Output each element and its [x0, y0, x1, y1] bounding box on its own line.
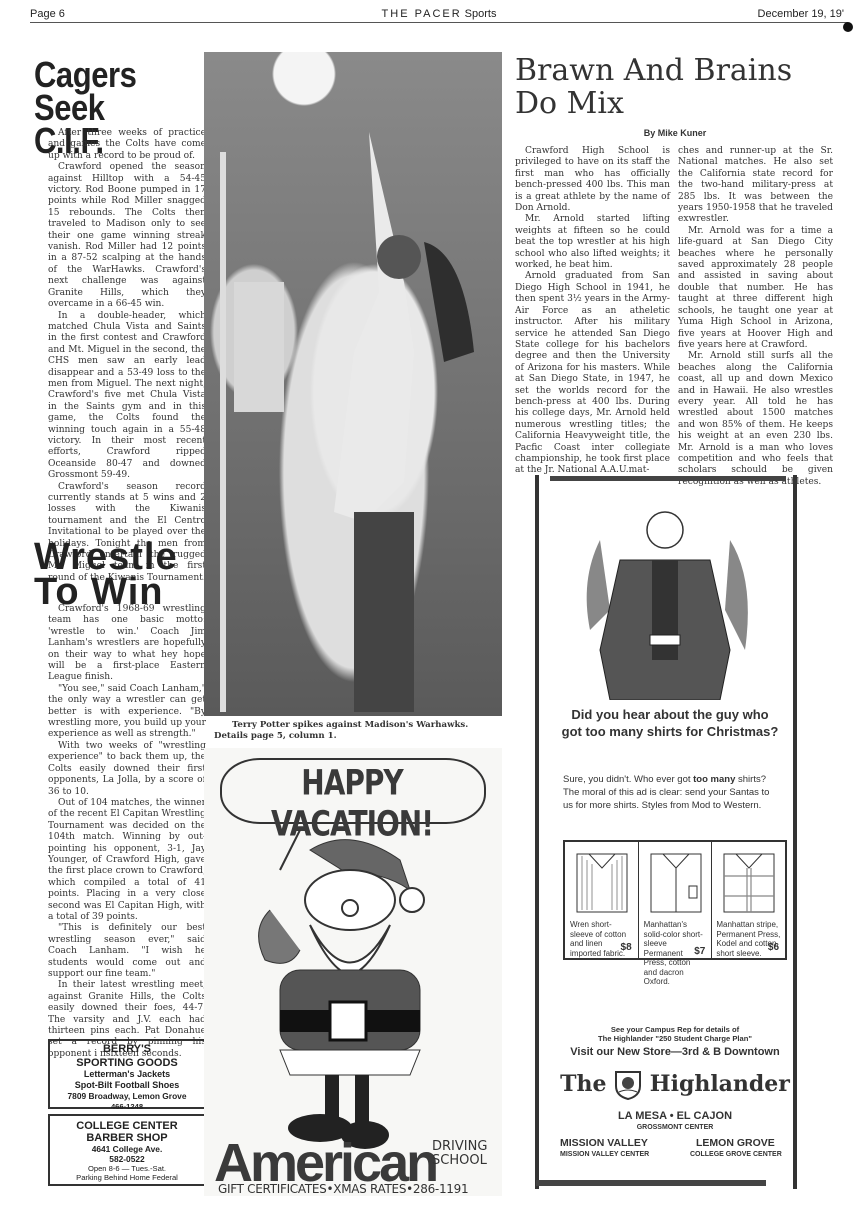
- visit-store-line: Visit our New Store—3rd & B Downtown: [560, 1046, 790, 1058]
- masthead: Page 6 THE PACERSports December 19, 19': [30, 8, 848, 23]
- location-college-grove: COLLEGE GROVE CENTER: [690, 1151, 782, 1158]
- paragraph: Mr. Arnold was for a time a life-guard a…: [678, 226, 833, 351]
- brand-the: The: [560, 1071, 606, 1097]
- publication-title: THE PACERSports: [30, 8, 848, 20]
- wrestle-body: Crawford's 1968-69 wrestling team has on…: [48, 604, 206, 1060]
- location-mission-valley-center: MISSION VALLEY CENTER: [560, 1151, 649, 1158]
- headline-line: Wrestle: [34, 540, 209, 575]
- ad-body-emphasis: too many: [693, 774, 735, 785]
- brawn-column-2: ches and runner-up at the Sr. National m…: [678, 146, 833, 488]
- shirt-price: $8: [621, 942, 632, 953]
- ad-top-border: [550, 476, 786, 481]
- volleyball-photo: [204, 52, 502, 716]
- byline: By Mike Kuner: [600, 128, 750, 138]
- ad-item: Spot-Bilt Football Shoes: [50, 1080, 204, 1091]
- ad-phone: 582-0522: [50, 1154, 204, 1164]
- ad-name: SPORTING GOODS: [50, 1057, 204, 1069]
- ad-bottom-border: [536, 1180, 766, 1186]
- paragraph: With two weeks of "wrestling experience"…: [48, 741, 206, 798]
- driving-school-label: DRIVING SCHOOL: [432, 1140, 487, 1168]
- shirt-item: Wren short-sleeve of cotton and linen im…: [565, 842, 639, 958]
- paragraph: "You see," said Coach Lanham," the only …: [48, 684, 206, 741]
- paragraph: Out of 104 matches, the winner of the re…: [48, 798, 206, 923]
- paragraph: "This is definitely our best wrestling s…: [48, 923, 206, 980]
- man-in-shirts-illustration-icon: [570, 500, 760, 700]
- paragraph: Crawford opened the season against Hillt…: [48, 162, 206, 310]
- shirt-item: Manhattan's solid-color short-sleeve Per…: [639, 842, 713, 958]
- ad-name: COLLEGE CENTER: [50, 1120, 204, 1132]
- paragraph: Crawford's 1968-69 wrestling team has on…: [48, 604, 206, 684]
- brand-sub: SCHOOL: [432, 1154, 487, 1168]
- headline-line: Brawn And Brains: [515, 54, 845, 87]
- brand-sub: DRIVING: [432, 1140, 487, 1154]
- paragraph: Crawford High School is privileged to ha…: [515, 146, 670, 214]
- paragraph: After three weeks of practice and games …: [48, 128, 206, 162]
- brand-name: Highlander: [650, 1071, 790, 1097]
- ad-body: Sure, you didn't. Who ever got too many …: [563, 773, 781, 812]
- location-la-mesa: LA MESA • EL CAJON: [560, 1110, 790, 1122]
- gift-certificates-tagline: GIFT CERTIFICATES•XMAS RATES•286-1191: [218, 1182, 468, 1196]
- ad-address: 7809 Broadway, Lemon Grove: [50, 1091, 204, 1102]
- ad-item: Letterman's Jackets: [50, 1069, 204, 1080]
- crest-shield-icon: [614, 1070, 642, 1100]
- solid-shirt-icon: [641, 846, 711, 916]
- cagers-body: After three weeks of practice and games …: [48, 128, 206, 584]
- photo-figure-icon: [204, 52, 502, 716]
- ad-parking: Parking Behind Home Federal: [50, 1173, 204, 1182]
- plaid-shirt-icon: [714, 846, 784, 916]
- barber-shop-ad: COLLEGE CENTER BARBER SHOP 4641 College …: [48, 1114, 206, 1186]
- ad-phone: 466-1248: [50, 1102, 204, 1111]
- shirt-grid: Wren short-sleeve of cotton and linen im…: [563, 840, 787, 960]
- paragraph: Mr. Arnold still surfs all the beaches a…: [678, 351, 833, 488]
- paragraph: In a double-header, which matched Chula …: [48, 311, 206, 482]
- ad-body-text: Sure, you didn't. Who ever got: [563, 774, 693, 785]
- santa-claus-icon: [240, 830, 460, 1150]
- shirt-item: Manhattan stripe, Permanent Press, Kodel…: [712, 842, 785, 958]
- brawn-headline: Brawn And Brains Do Mix: [515, 54, 845, 120]
- campus-line: The Highlander "250 Student Charge Plan": [560, 1035, 790, 1044]
- location-mission-valley: MISSION VALLEY: [560, 1137, 648, 1149]
- shirt-price: $7: [694, 946, 705, 957]
- headline-line: Do Mix: [515, 87, 845, 120]
- ad-headline: Did you hear about the guy who got too m…: [560, 706, 780, 740]
- ad-name: BERRY'S: [50, 1043, 204, 1055]
- brawn-column-1: Crawford High School is privileged to ha…: [515, 146, 670, 477]
- paragraph: Mr. Arnold started lifting weights at fi…: [515, 214, 670, 271]
- section-name: Sports: [465, 8, 497, 20]
- shirt-price: $6: [768, 942, 779, 953]
- campus-rep-note: See your Campus Rep for details of The H…: [560, 1026, 790, 1043]
- ad-hours: Open 8-6 — Tues.-Sat.: [50, 1164, 204, 1173]
- striped-shirt-icon: [567, 846, 637, 916]
- ad-address: 4641 College Ave.: [50, 1144, 204, 1154]
- location-grossmont: GROSSMONT CENTER: [560, 1124, 790, 1131]
- wrestle-headline: Wrestle To Win: [34, 540, 209, 610]
- issue-date: December 19, 19': [758, 8, 844, 20]
- photo-caption: Terry Potter spikes against Madison's Wa…: [214, 720, 504, 742]
- paragraph: Arnold graduated from San Diego High Sch…: [515, 271, 670, 476]
- paragraph: ches and runner-up at the Sr. National m…: [678, 146, 833, 226]
- publication-name: THE PACER: [382, 8, 462, 20]
- location-lemon-grove: LEMON GROVE: [696, 1137, 775, 1149]
- highlander-logo: The Highlander: [560, 1070, 790, 1100]
- berrys-sporting-goods-ad: BERRY'S SPORTING GOODS Letterman's Jacke…: [48, 1039, 206, 1109]
- hole-punch-dot: [843, 22, 853, 32]
- ad-name: BARBER SHOP: [50, 1132, 204, 1144]
